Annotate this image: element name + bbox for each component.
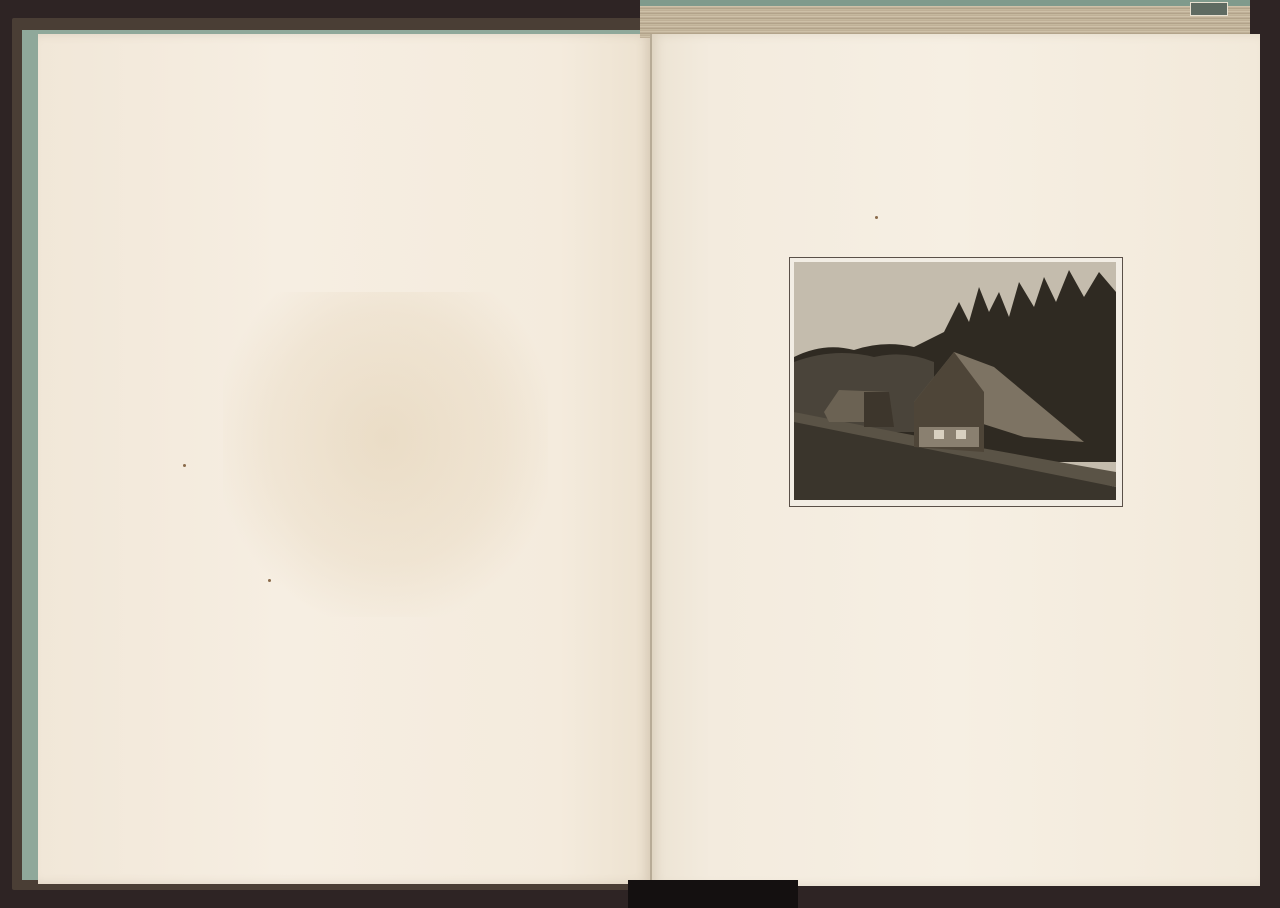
foxing-spot [183,464,186,467]
edge-label [1190,2,1228,16]
foxing-spot [268,579,271,582]
page-block-edges [640,0,1250,38]
edge-teal-band [640,0,1250,6]
bottom-shadow [628,880,798,908]
farmhouse-photo [794,262,1116,500]
offset-stain [223,292,548,617]
foxing-spot [875,216,878,219]
photo-frame [789,257,1123,507]
book-gutter [650,34,652,884]
left-page [38,34,652,884]
photo-illustration [794,262,1116,500]
